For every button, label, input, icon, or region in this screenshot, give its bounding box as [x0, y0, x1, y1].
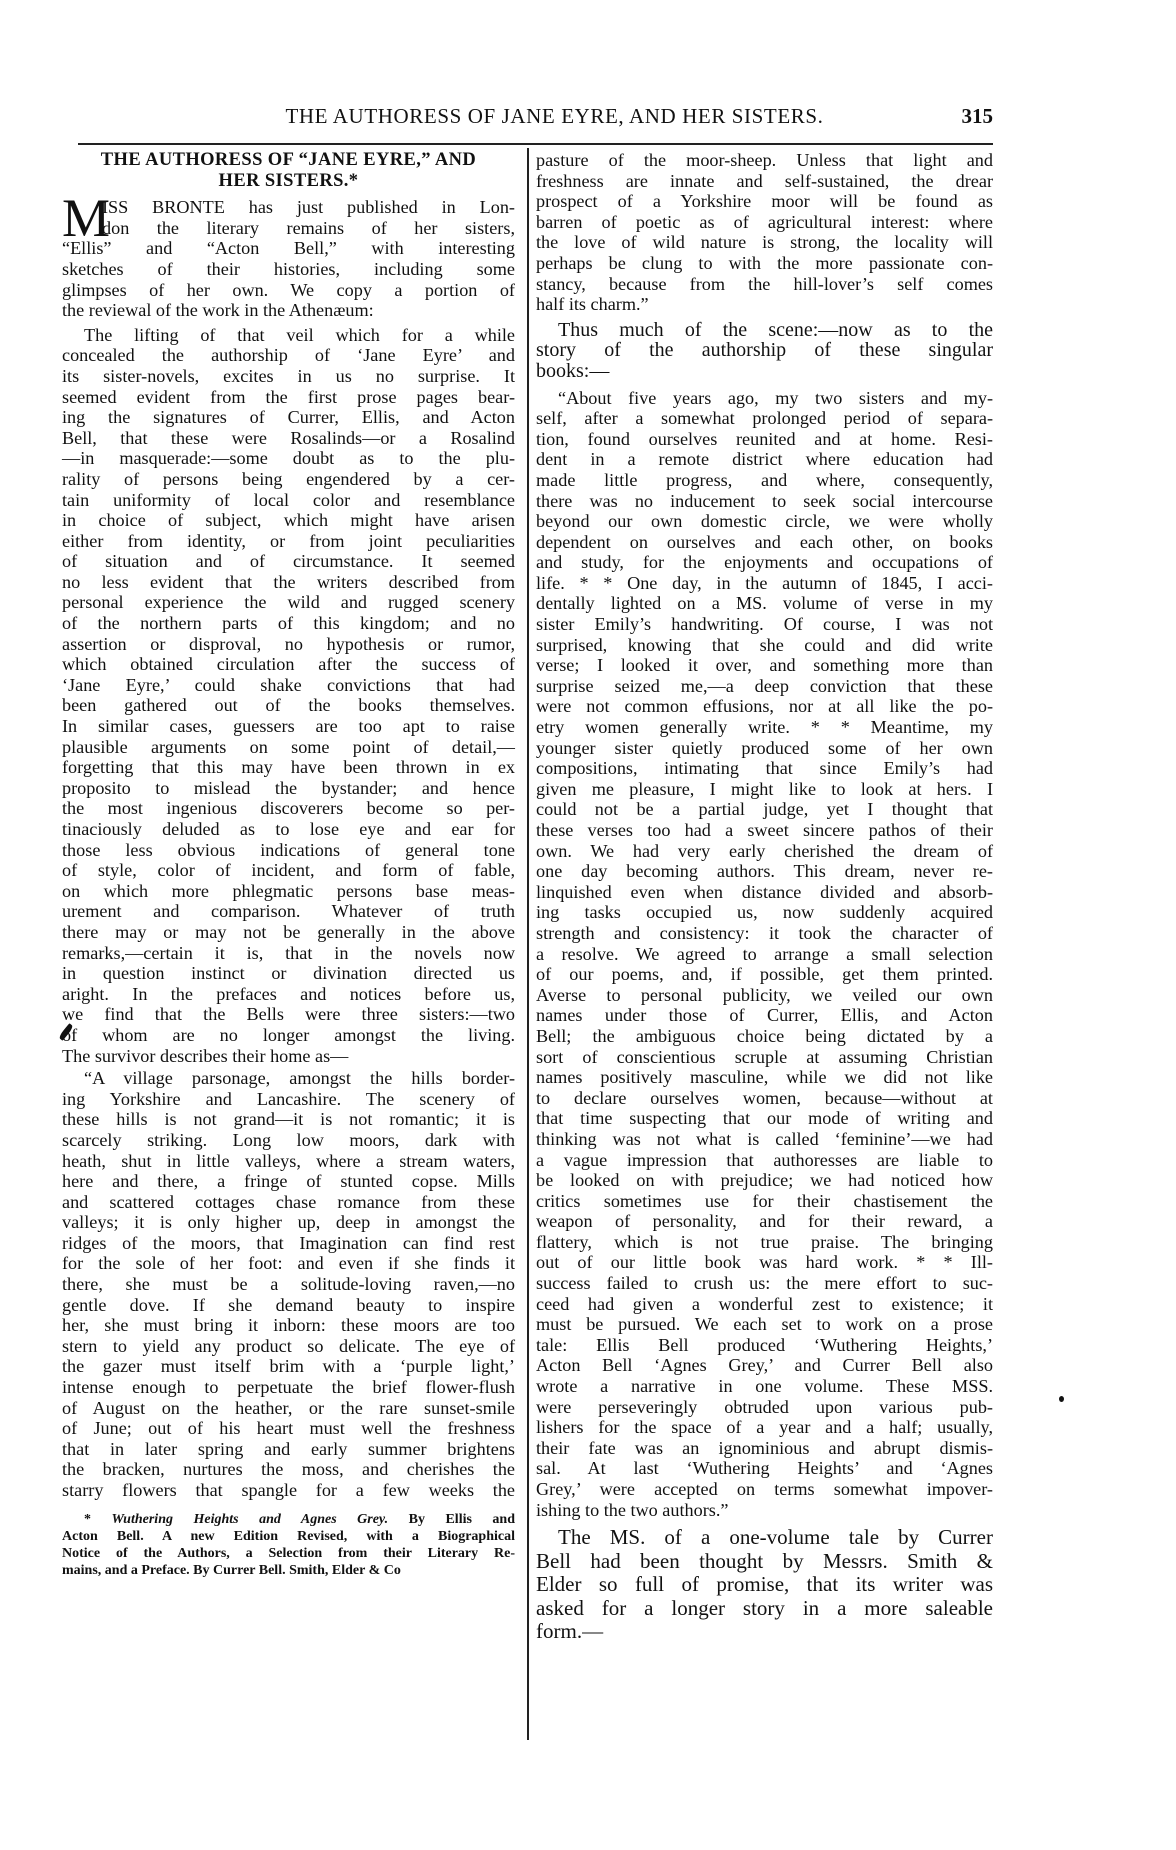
text-line: starry flowers that spangle for a few we…: [62, 1480, 515, 1501]
text-line: gentle dove. If she demand beauty to ins…: [62, 1295, 515, 1316]
text-line: prospect of a Yorkshire moor will be fou…: [536, 191, 993, 212]
quote-continued-paragraph: pasture of the moor-sheep. Unless that l…: [536, 150, 993, 315]
text-line: surprise seized me,—a deep conviction th…: [536, 676, 993, 697]
text-line: pasture of the moor-sheep. Unless that l…: [536, 150, 993, 171]
text-line: assertion or disproval, no hypothesis or…: [62, 634, 515, 655]
text-line: her, she must bring it inborn: these moo…: [62, 1315, 515, 1336]
text-line: sister Emily’s handwriting. Of course, I…: [536, 614, 993, 635]
quote-paragraph: “A village parsonage, amongst the hills …: [62, 1068, 515, 1500]
text-line: success failed to crush us: the mere eff…: [536, 1273, 993, 1294]
text-line: their fate was an ignominious and abrupt…: [536, 1438, 993, 1459]
text-line: perhaps be clung to with the more passio…: [536, 253, 993, 274]
text-line: tion, found ourselves reunited and at ho…: [536, 429, 993, 450]
text-line: of August on the heather, or the rare su…: [62, 1398, 515, 1419]
text-line: of style, color of incident, and form of…: [62, 860, 515, 881]
article-title-line: HER SISTERS.*: [62, 171, 515, 192]
text-line: we find that the Bells were three sister…: [62, 1004, 515, 1025]
text-line: proposito to mislead the bystander; and …: [62, 778, 515, 799]
text-line: “A village parsonage, amongst the hills …: [62, 1068, 515, 1089]
text-line: be looked on with prejudice; we had noti…: [536, 1170, 993, 1191]
text-line: ceed had given a wonderful zest to exist…: [536, 1294, 993, 1315]
page-number: 315: [962, 104, 994, 129]
text-line: on which more phlegmatic persons base me…: [62, 881, 515, 902]
text-line: form.—: [536, 1620, 993, 1644]
text-line: freshness are innate and self-sustained,…: [536, 171, 993, 192]
text-line: for the sole of her foot: and even if sh…: [62, 1253, 515, 1274]
text-line: strength and consistency: it took the ch…: [536, 923, 993, 944]
text-line: self, after a somewhat prolonged period …: [536, 408, 993, 429]
text-line: The survivor describes their home as—: [62, 1046, 515, 1067]
column-divider: [527, 148, 529, 1740]
text-line: intense enough to perpetuate the brief f…: [62, 1377, 515, 1398]
text-line: lishers for the space of a year and a ha…: [536, 1417, 993, 1438]
text-line: in choice of subject, which might have a…: [62, 510, 515, 531]
text-line: either from identity, or from joint pecu…: [62, 531, 515, 552]
text-line: out of our little book was hard work. * …: [536, 1252, 993, 1273]
text-line: Bell had been thought by Messrs. Smith &: [536, 1550, 993, 1574]
text-line: Acton Bell ‘Agnes Grey,’ and Currer Bell…: [536, 1355, 993, 1376]
text-line: ing Yorkshire and Lancashire. The scener…: [62, 1089, 515, 1110]
article-title-line: THE AUTHORESS OF “JANE EYRE,” AND: [62, 150, 515, 171]
text-line: books:—: [536, 361, 993, 382]
text-line: ISS BRONTE has just published in Lon-: [62, 197, 515, 218]
text-line: were not common effusions, nor at all li…: [536, 696, 993, 717]
text-line: that in later spring and early summer br…: [62, 1439, 515, 1460]
text-line: in question instinct or divination direc…: [62, 963, 515, 984]
text-line: that time suspecting that our mode of wr…: [536, 1108, 993, 1129]
footnote-marker: *: [84, 1512, 91, 1527]
text-line: these hills is not grand—it is not roman…: [62, 1109, 515, 1130]
text-line: don the literary remains of her sisters,: [62, 218, 515, 239]
text-line: urement and comparison. Whatever of trut…: [62, 901, 515, 922]
text-line: Thus much of the scene:—now as to the: [536, 320, 993, 341]
footnote-line: mains, and a Preface. By Currer Bell. Sm…: [62, 1562, 515, 1579]
text-line: stern to yield any product so delicate. …: [62, 1336, 515, 1357]
text-line: tain uniformity of local color and resem…: [62, 490, 515, 511]
text-line: asked for a longer story in a more salea…: [536, 1597, 993, 1621]
ink-dot: [1059, 1396, 1064, 1402]
text-line: heath, shut in little valleys, where a s…: [62, 1151, 515, 1172]
text-line: its sister-novels, excites in us no surp…: [62, 366, 515, 387]
text-line: a vague impression that authoresses are …: [536, 1150, 993, 1171]
header-rule: [78, 143, 993, 145]
footnote-line: * Wuthering Heights and Agnes Grey. By E…: [62, 1511, 515, 1528]
text-line: the bracken, nurtures the moss, and cher…: [62, 1459, 515, 1480]
text-line: were perseveringly obtruded upon various…: [536, 1397, 993, 1418]
text-line: seemed evident from the first prose page…: [62, 387, 515, 408]
text-line: Bell, that these were Rosalinds—or a Ros…: [62, 428, 515, 449]
text-line: Averse to personal publicity, we veiled …: [536, 985, 993, 1006]
text-line: linquished even when distance divided an…: [536, 882, 993, 903]
drop-cap: M: [62, 197, 110, 239]
text-line: valleys; it is only higher up, deep in a…: [62, 1212, 515, 1233]
text-line: The MS. of a one-volume tale by Currer: [536, 1526, 993, 1550]
text-line: these verses too had a sweet sincere pat…: [536, 820, 993, 841]
text-line: dent in a remote district where educatio…: [536, 449, 993, 470]
text-line: story of the authorship of these singula…: [536, 340, 993, 361]
text-line: of June; out of his heart must well the …: [62, 1418, 515, 1439]
text-line: concealed the authorship of ‘Jane Eyre’ …: [62, 345, 515, 366]
text-line: the reviewal of the work in the Athenæum…: [62, 300, 515, 321]
text-line: “About five years ago, my two sisters an…: [536, 388, 993, 409]
text-line: sal. At last ‘Wuthering Heights’ and ‘Ag…: [536, 1458, 993, 1479]
text-line: The lifting of that veil which for a whi…: [62, 325, 515, 346]
text-line: here and there, a fringe of stunted cops…: [62, 1171, 515, 1192]
text-line: and scattered cottages chase romance fro…: [62, 1192, 515, 1213]
text-line: made little progress, and where, consequ…: [536, 470, 993, 491]
text-line: scarcely striking. Long low moors, dark …: [62, 1130, 515, 1151]
text-line: ing the signatures of Currer, Ellis, and…: [62, 407, 515, 428]
text-line: rality of persons being engendered by a …: [62, 469, 515, 490]
text-line: been gathered out of the books themselve…: [62, 695, 515, 716]
text-line: half its charm.”: [536, 294, 993, 315]
text-line: own. We had very early cherished the dre…: [536, 841, 993, 862]
text-line: tale: Ellis Bell produced ‘Wuthering Hei…: [536, 1335, 993, 1356]
text-line: given me pleasure, I might like to look …: [536, 779, 993, 800]
text-line: flattery, which is not true praise. The …: [536, 1232, 993, 1253]
text-line: names positively masculine, while we did…: [536, 1067, 993, 1088]
text-line: a resolve. We agreed to arrange a small …: [536, 944, 993, 965]
text-line: forgetting that this may have been throw…: [62, 757, 515, 778]
text-line: stancy, because from the hill-lover’s se…: [536, 274, 993, 295]
footnote-line: Notice of the Authors, a Selection from …: [62, 1545, 515, 1562]
closing-paragraph: The MS. of a one-volume tale by CurrerBe…: [536, 1526, 993, 1644]
text-line: life. * * One day, in the autumn of 1845…: [536, 573, 993, 594]
transition-paragraph: Thus much of the scene:—now as to thesto…: [536, 320, 993, 382]
running-head: THE AUTHORESS OF JANE EYRE, AND HER SIST…: [78, 104, 993, 134]
text-line: of the northern parts of this kingdom; a…: [62, 613, 515, 634]
intro-paragraph: M ISS BRONTE has just published in Lon- …: [62, 197, 515, 321]
text-line: there, she must be a solitude-loving rav…: [62, 1274, 515, 1295]
text-line: of our poems, and, if possible, get them…: [536, 964, 993, 985]
text-line: Grey,’ were accepted on terms somewhat i…: [536, 1479, 993, 1500]
text-line: thinking was not what is called ‘feminin…: [536, 1129, 993, 1150]
text-line: to declare ourselves women, because—with…: [536, 1088, 993, 1109]
text-line: no less evident that the writers describ…: [62, 572, 515, 593]
article-title: THE AUTHORESS OF “JANE EYRE,” AND HER SI…: [62, 150, 515, 191]
text-line: sort of conscientious scruple at assumin…: [536, 1047, 993, 1068]
text-line: tinaciously deluded as to lose eye and e…: [62, 819, 515, 840]
left-column: THE AUTHORESS OF “JANE EYRE,” AND HER SI…: [62, 150, 515, 1579]
text-line: dependent on ourselves and each other, o…: [536, 532, 993, 553]
text-line: there may or may not be generally in the…: [62, 922, 515, 943]
text-line: of situation and of circumstance. It see…: [62, 551, 515, 572]
running-title: THE AUTHORESS OF JANE EYRE, AND HER SIST…: [78, 104, 993, 129]
text-line: sketches of their histories, including s…: [62, 259, 515, 280]
text-line: the love of wild nature is strong, the l…: [536, 232, 993, 253]
text-line: verse; I looked it over, and something m…: [536, 655, 993, 676]
text-line: plausible arguments on some point of det…: [62, 737, 515, 758]
text-line: ridges of the moors, that Imagination ca…: [62, 1233, 515, 1254]
text-line: wrote a narrative in one volume. These M…: [536, 1376, 993, 1397]
footnote-line: Acton Bell. A new Edition Revised, with …: [62, 1528, 515, 1545]
text-line: one day becoming authors. This dream, ne…: [536, 861, 993, 882]
text-line: which obtained circulation after the suc…: [62, 654, 515, 675]
text-line: Elder so full of promise, that its write…: [536, 1573, 993, 1597]
footnote-title: Wuthering Heights and Agnes Grey.: [112, 1512, 389, 1527]
text-line: —in masquerade:—some doubt as to the plu…: [62, 448, 515, 469]
text-line: must be pursued. We each set to work on …: [536, 1314, 993, 1335]
text-line: ishing to the two authors.”: [536, 1500, 993, 1521]
text-line: In similar cases, guessers are too apt t…: [62, 716, 515, 737]
authorship-quote-paragraph: “About five years ago, my two sisters an…: [536, 388, 993, 1521]
text-line: barren of poetic as of agricultural inte…: [536, 212, 993, 233]
text-line: names under those of Currer, Ellis, and …: [536, 1005, 993, 1026]
right-column: pasture of the moor-sheep. Unless that l…: [536, 150, 993, 1644]
text-line: personal experience the wild and rugged …: [62, 592, 515, 613]
text-line: surprised, knowing that she could and di…: [536, 635, 993, 656]
text-line: remarks,—certain it is, that in the nove…: [62, 943, 515, 964]
text-line: glimpses of her own. We copy a portion o…: [62, 280, 515, 301]
footnote: * Wuthering Heights and Agnes Grey. By E…: [62, 1511, 515, 1579]
text-line: ‘Jane Eyre,’ could shake convictions tha…: [62, 675, 515, 696]
text-line: compositions, intimating that since Emil…: [536, 758, 993, 779]
text-line: dentally lighted on a MS. volume of vers…: [536, 593, 993, 614]
text-line: could not be a partial judge, yet I thou…: [536, 799, 993, 820]
text-line: aright. In the prefaces and notices befo…: [62, 984, 515, 1005]
text-line: and study, for the enjoyments and occupa…: [536, 552, 993, 573]
text-line: the gazer must itself brim with a ‘purpl…: [62, 1356, 515, 1377]
text-line: there was no inducement to seek social i…: [536, 491, 993, 512]
text-line: etry women generally write. * * Meantime…: [536, 717, 993, 738]
text-line: “Ellis” and “Acton Bell,” with interesti…: [62, 238, 515, 259]
text-line: weapon of personality, and for their rew…: [536, 1211, 993, 1232]
review-paragraph: The lifting of that veil which for a whi…: [62, 325, 515, 1066]
text-line: Bell; the ambiguous choice being dictate…: [536, 1026, 993, 1047]
text-line: those less obvious indications of genera…: [62, 840, 515, 861]
text-line: the most ingenious discoverers become so…: [62, 798, 515, 819]
text-line: ing tasks occupied us, now suddenly acqu…: [536, 902, 993, 923]
text-line: beyond our own domestic circle, we were …: [536, 511, 993, 532]
text-line: of whom are no longer amongst the living…: [62, 1025, 515, 1046]
text-line: younger sister quietly produced some of …: [536, 738, 993, 759]
text-line: critics sometimes use for their chastise…: [536, 1191, 993, 1212]
